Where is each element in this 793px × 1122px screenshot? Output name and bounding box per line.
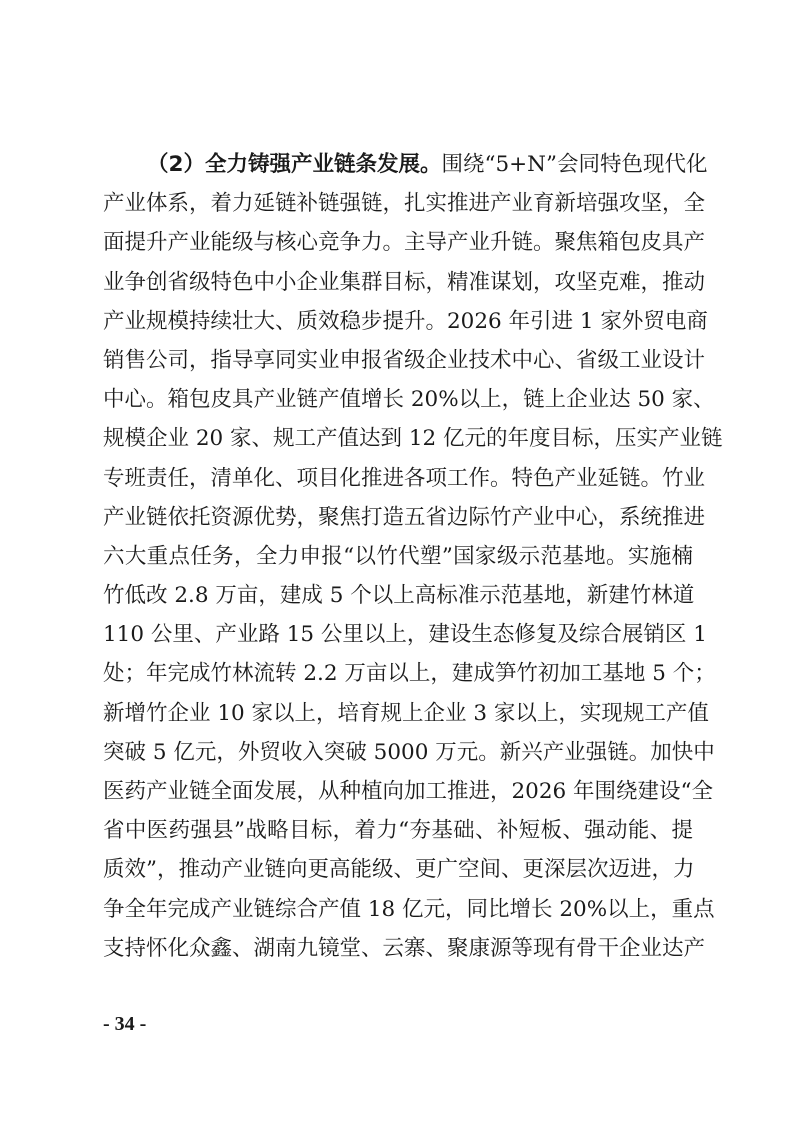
text-line: 专班责任，清单化、项目化推进各项工作。特色产业延链。竹业 bbox=[103, 459, 693, 498]
text-line: 六大重点任务，全力申报“以竹代塑”国家级示范基地。实施楠 bbox=[103, 537, 693, 576]
text-line: 突破 5 亿元，外贸收入突破 5000 万元。新兴产业强链。加快中 bbox=[103, 733, 693, 772]
text-line: 医药产业链全面发展，从种植向加工推进，2026 年围绕建设“全 bbox=[103, 772, 693, 811]
text-line: 争全年完成产业链综合产值 18 亿元，同比增长 20%以上，重点 bbox=[103, 890, 693, 929]
text-line: 处；年完成竹林流转 2.2 万亩以上，建成笋竹初加工基地 5 个； bbox=[103, 654, 693, 693]
text-line: 中心。箱包皮具产业链产值增长 20%以上，链上企业达 50 家、 bbox=[103, 380, 693, 419]
text-run: 围绕“5+N”会同特色现代化 bbox=[441, 152, 707, 177]
section-heading: （2）全力铸强产业链条发展。 bbox=[147, 152, 441, 177]
body-paragraph: （2）全力铸强产业链条发展。围绕“5+N”会同特色现代化 产业体系，着力延链补链… bbox=[103, 145, 693, 968]
document-page: （2）全力铸强产业链条发展。围绕“5+N”会同特色现代化 产业体系，着力延链补链… bbox=[0, 0, 793, 1122]
text-line: 产业体系，着力延链补链强链，扎实推进产业育新培强攻坚，全 bbox=[103, 184, 693, 223]
text-line: 支持怀化众鑫、湖南九镜堂、云寨、聚康源等现有骨干企业达产 bbox=[103, 929, 693, 968]
page-number: - 34 - bbox=[103, 1013, 146, 1036]
text-line: 110 公里、产业路 15 公里以上，建设生态修复及综合展销区 1 bbox=[103, 615, 693, 654]
text-line: 面提升产业能级与核心竞争力。主导产业升链。聚焦箱包皮具产 bbox=[103, 223, 693, 262]
text-line: 规模企业 20 家、规工产值达到 12 亿元的年度目标，压实产业链 bbox=[103, 419, 693, 458]
text-line: 新增竹企业 10 家以上，培育规上企业 3 家以上，实现规工产值 bbox=[103, 694, 693, 733]
text-line: 产业链依托资源优势，聚焦打造五省边际竹产业中心，系统推进 bbox=[103, 498, 693, 537]
text-line: 销售公司，指导享同实业申报省级企业技术中心、省级工业设计 bbox=[103, 341, 693, 380]
text-line: （2）全力铸强产业链条发展。围绕“5+N”会同特色现代化 bbox=[103, 145, 693, 184]
text-line: 质效”，推动产业链向更高能级、更广空间、更深层次迈进，力 bbox=[103, 850, 693, 889]
text-line: 竹低改 2.8 万亩，建成 5 个以上高标准示范基地，新建竹林道 bbox=[103, 576, 693, 615]
text-line: 产业规模持续壮大、质效稳步提升。2026 年引进 1 家外贸电商 bbox=[103, 302, 693, 341]
text-line: 省中医药强县”战略目标，着力“夯基础、补短板、强动能、提 bbox=[103, 811, 693, 850]
text-line: 业争创省级特色中小企业集群目标，精准谋划，攻坚克难，推动 bbox=[103, 263, 693, 302]
